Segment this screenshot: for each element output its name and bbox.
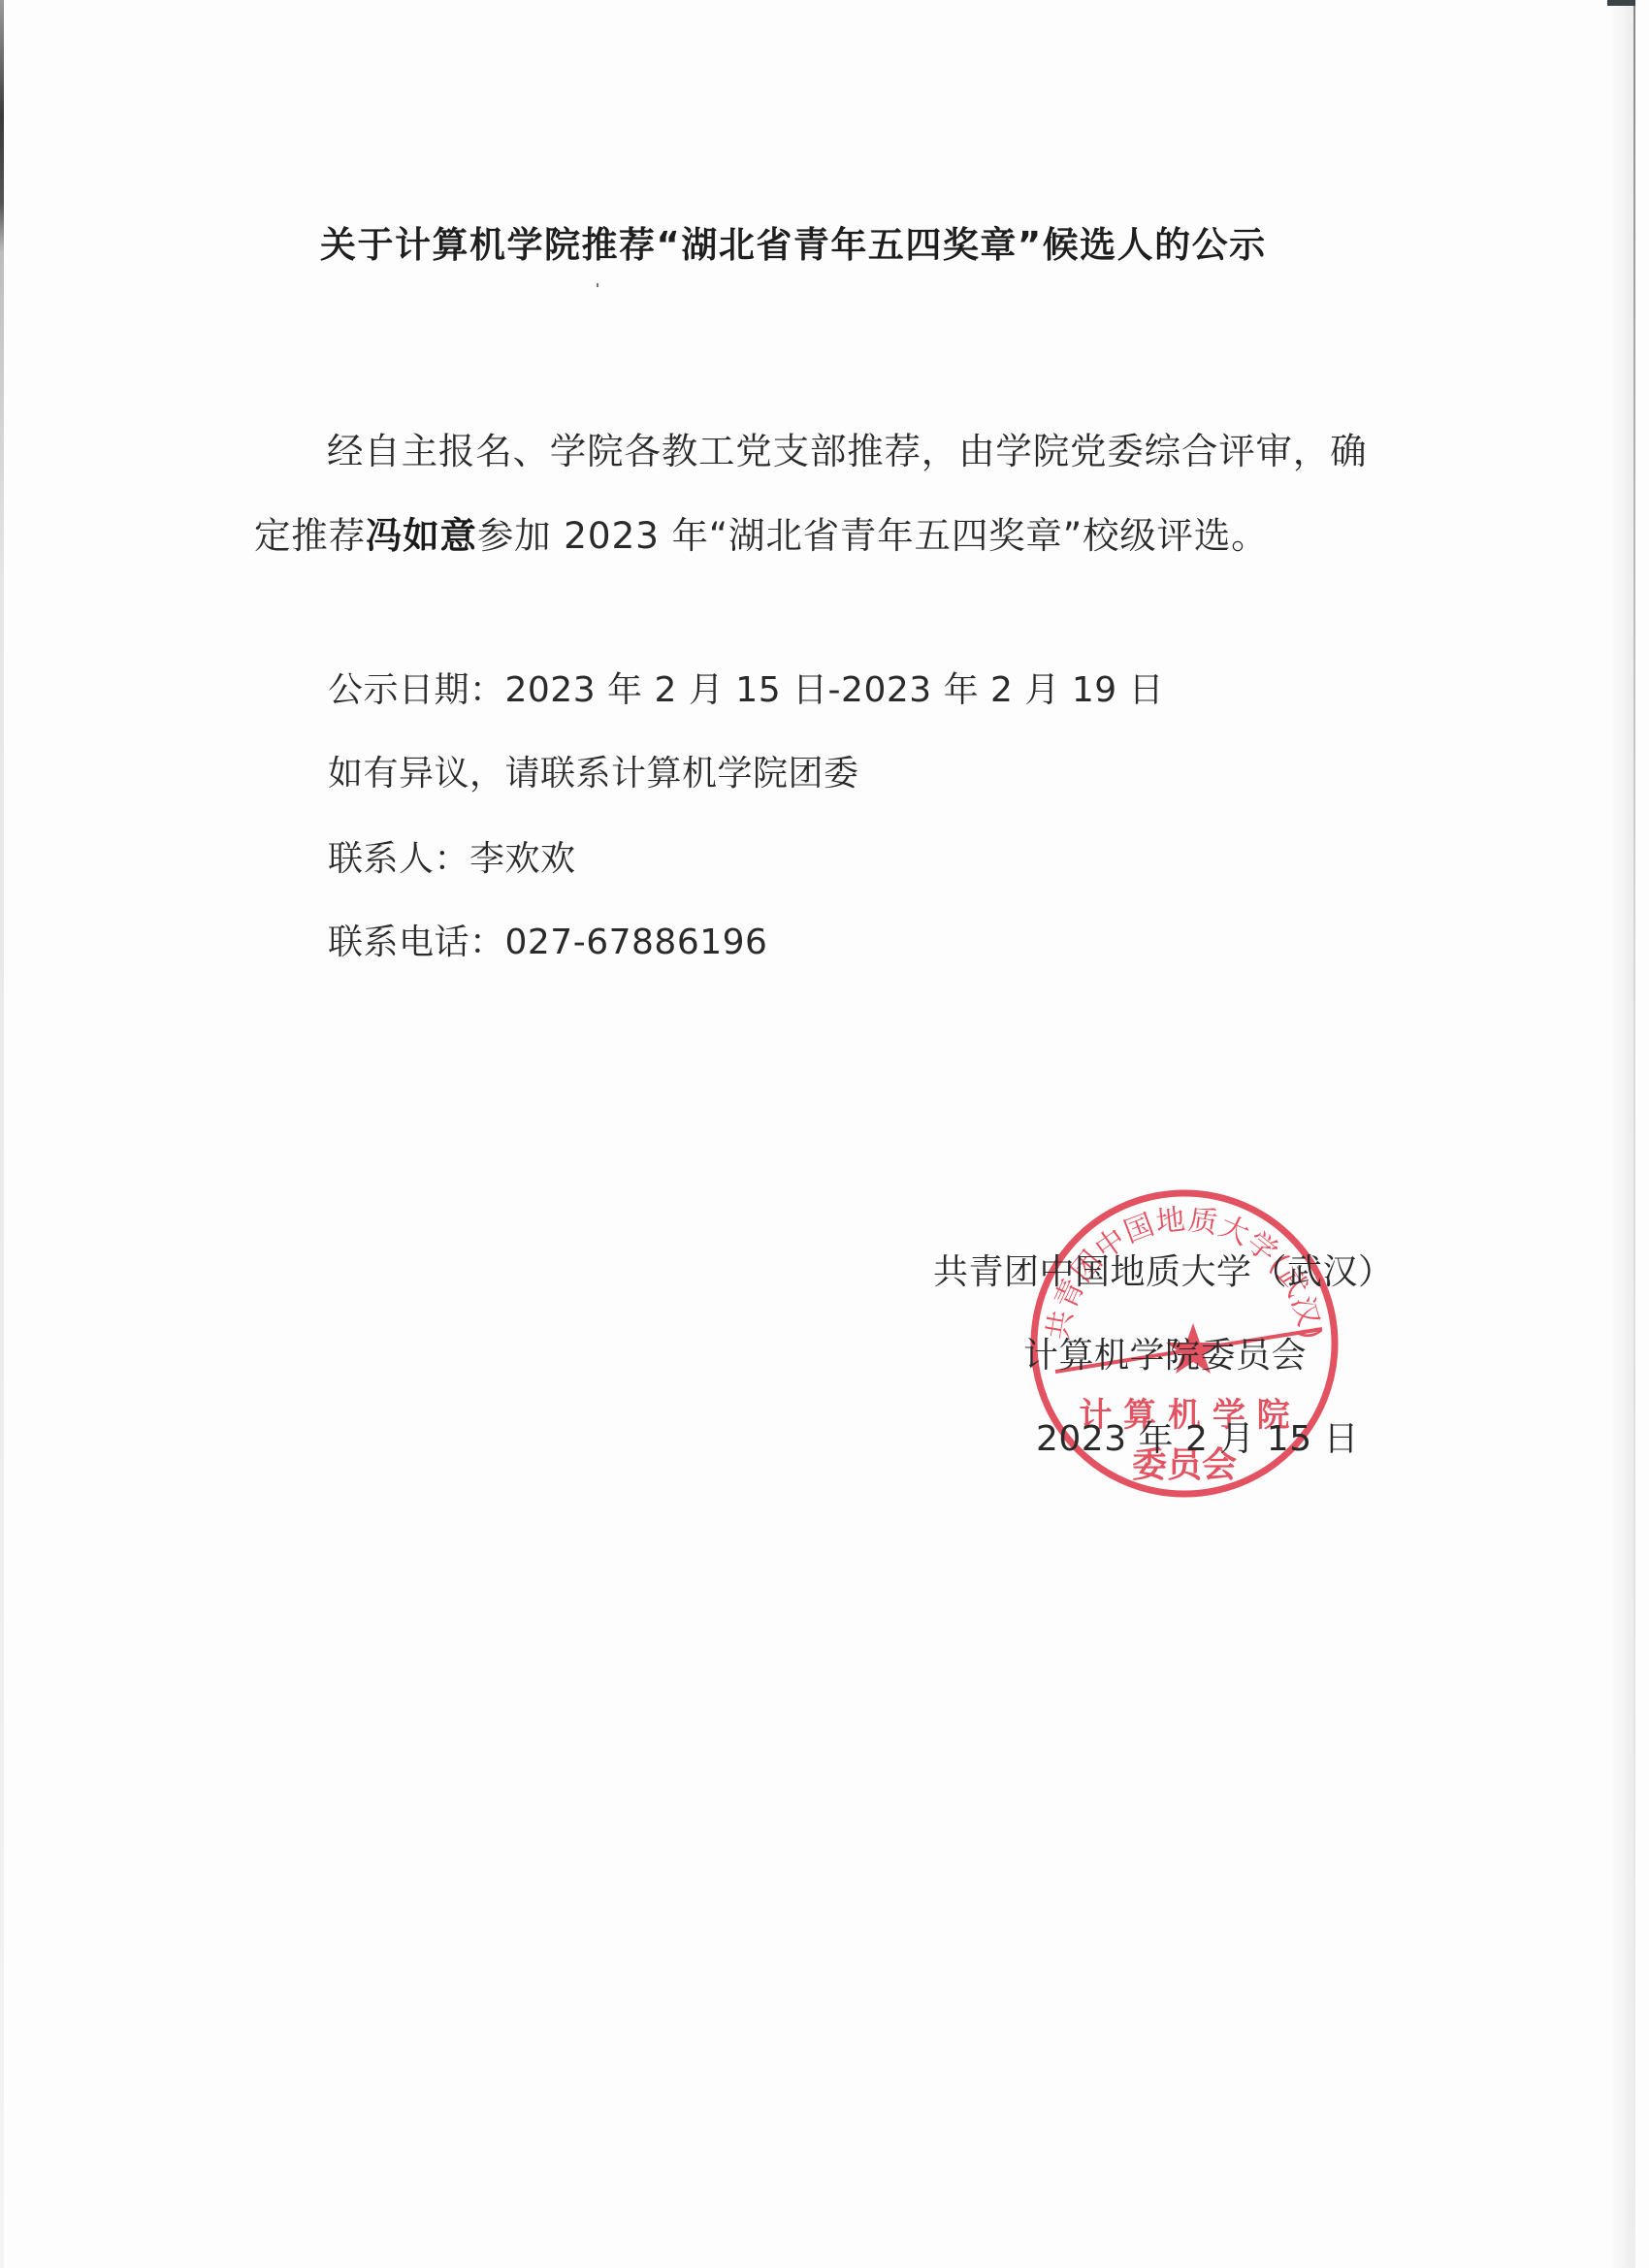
- nominee-name: 冯如意: [366, 514, 477, 557]
- body-paragraph: 经自主报名、学院各教工党支部推荐，由学院党委综合评审，确 定推荐冯如意参加 20…: [254, 409, 1379, 578]
- scan-shade-right: [1610, 6, 1633, 2268]
- contact-person: 联系人：李欢欢: [328, 838, 576, 881]
- body-line-2-suffix: 参加 2023 年“湖北省青年五四奖章”校级评选。: [477, 514, 1269, 557]
- page-title: 关于计算机学院推荐“湖北省青年五四奖章”候选人的公示: [320, 221, 1329, 270]
- objection-note: 如有异议，请联系计算机学院团委: [328, 753, 859, 795]
- scan-corner-mark: [1607, 0, 1635, 6]
- contact-phone: 联系电话：027-67886196: [328, 922, 767, 964]
- signature-org-line2: 计算机学院委员会: [1023, 1335, 1307, 1377]
- scan-edge-left: [0, 0, 4, 2268]
- signature-date: 2023 年 2 月 15 日: [1036, 1418, 1359, 1461]
- scan-speck: [597, 283, 598, 287]
- body-line-1: 经自主报名、学院各教工党支部推荐，由学院党委综合评审，确: [327, 430, 1367, 472]
- signature-org-line1: 共青团中国地质大学（武汉）: [933, 1251, 1394, 1294]
- scan-edge-right: [1633, 0, 1635, 2268]
- body-line-2-prefix: 定推荐: [254, 514, 366, 557]
- publicity-period: 公示日期：2023 年 2 月 15 日-2023 年 2 月 19 日: [328, 669, 1164, 712]
